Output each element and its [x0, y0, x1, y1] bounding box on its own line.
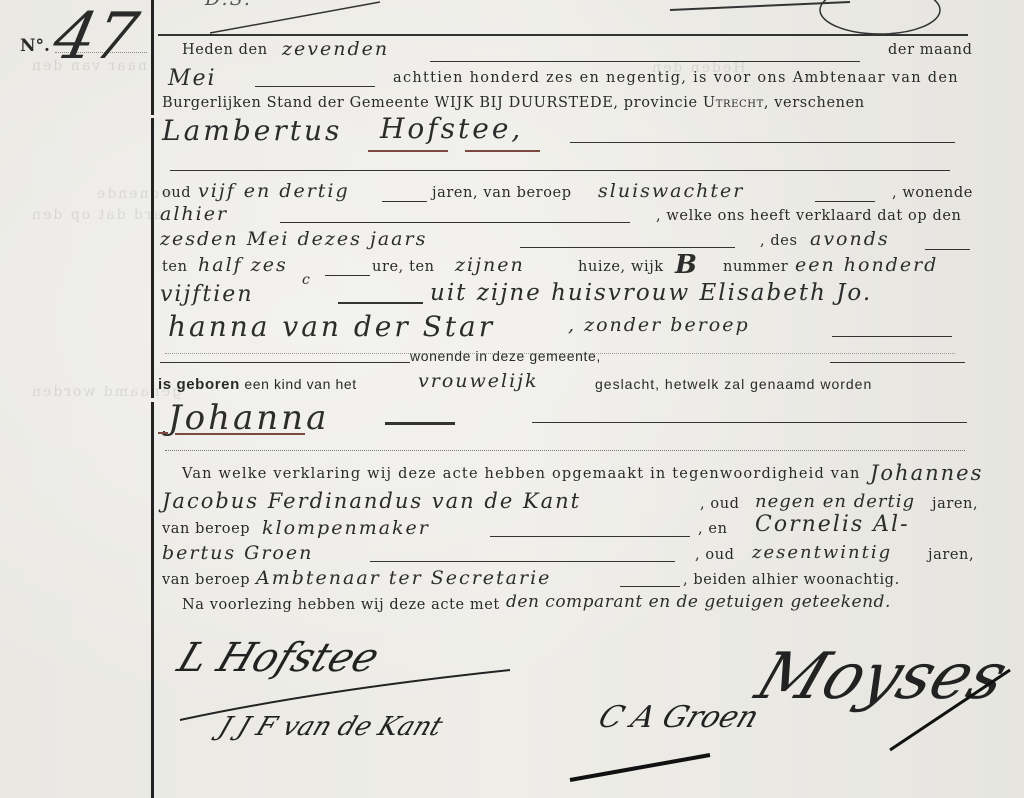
fill-rule [255, 86, 375, 87]
handwritten-day: zevenden [282, 38, 389, 60]
print-text: van beroep [162, 572, 250, 588]
print-text: Burgerlijken Stand der Gemeente WIJK BIJ… [162, 95, 865, 111]
handwritten-declarant-surname: Hofstee, [380, 112, 523, 145]
fill-rule [430, 61, 860, 62]
print-text: oud [162, 185, 191, 201]
fill-rule [532, 422, 967, 423]
fill-rule [280, 222, 630, 223]
handwritten-house-owner: zijnen [455, 254, 525, 276]
handwritten-witness2-occupation: Ambtenaar ter Secretarie [256, 567, 551, 589]
top-pen-strokes [200, 0, 1000, 36]
fill-rule [925, 249, 970, 250]
handwritten-birth-date: zesden Mei dezes jaars [160, 228, 427, 250]
print-text: achttien honderd zes en negentig, is voo… [393, 70, 959, 86]
print-text: geslacht, hetwelk zal genaamd worden [595, 376, 872, 392]
fill-rule [620, 586, 680, 587]
fill-rule [325, 275, 370, 276]
red-underline [465, 150, 540, 152]
handwritten-signing-clause: den comparant en de getuigen geteekend. [506, 592, 891, 612]
print-text: Van welke verklaring wij deze acte hebbe… [182, 466, 861, 482]
handwritten-occupation: sluiswachter [598, 180, 744, 202]
handwritten-time-of-day: avonds [810, 228, 890, 250]
fill-rule [490, 536, 690, 537]
print-text: , welke ons heeft verklaard dat op den [656, 208, 961, 224]
handwritten-hour: half zes [198, 254, 288, 276]
print-text-bold: is geboren [158, 376, 240, 393]
handwritten-residence: alhier [160, 203, 228, 225]
print-text: , oud [700, 496, 740, 512]
municipality-name: WIJK BIJ DUURSTEDE [435, 95, 614, 111]
fill-rule [382, 201, 427, 202]
fill-rule [370, 561, 675, 562]
red-underline [368, 150, 448, 152]
print-text: is geboren een kind van het [158, 376, 357, 393]
bleed-through-text: ard dat op den [30, 207, 162, 223]
print-text: van beroep [162, 521, 250, 537]
print-text: ten [162, 259, 188, 275]
handwritten-child-name: Johanna [168, 398, 329, 438]
print-text: ure, ten [372, 259, 435, 275]
handwritten-witness1-occupation: klompenmaker [262, 517, 430, 539]
print-text: Na voorlezing hebben wij deze acte met [182, 597, 500, 613]
handwritten-witness2-name: bertus Groen [162, 542, 313, 564]
handwritten-mother: uit zijne huisvrouw Elisabeth Jo. [430, 280, 872, 306]
print-text: jaren, van beroep [432, 185, 572, 201]
print-text: , beiden alhier woonachtig. [683, 572, 900, 588]
fill-rule [830, 362, 965, 363]
print-text: , provincie [613, 95, 697, 111]
print-text: , des [760, 233, 798, 249]
print-text: , oud [695, 547, 735, 563]
print-text: nummer [723, 259, 788, 275]
print-text: huize, wijk [578, 259, 664, 275]
handwritten-witness1-name: Jacobus Ferdinandus van de Kant [162, 489, 581, 513]
handwritten-mother-cont: hanna van der Star [168, 310, 495, 343]
signature-flourish [880, 660, 1020, 760]
print-text: , verschenen [764, 95, 865, 111]
handwritten-witness2-age: zesentwintig [752, 542, 892, 563]
handwritten-superscript: c [302, 272, 312, 288]
record-number: 47 [47, 0, 144, 74]
fill-rule [338, 302, 423, 304]
handwritten-witness1-age: negen en dertig [755, 491, 915, 512]
print-text: Burgerlijken Stand der Gemeente [162, 95, 429, 111]
dotted-rule [165, 450, 965, 451]
province-name: Utrecht [703, 95, 764, 111]
handwritten-month: Mei [168, 66, 217, 91]
signature-flourish [560, 750, 720, 790]
margin-rule [151, 0, 154, 115]
fill-rule [160, 362, 410, 363]
red-underline [158, 432, 168, 434]
handwritten-ward: B [675, 250, 699, 280]
record-number-label: N°. [20, 36, 50, 56]
fill-rule [832, 336, 952, 337]
fill-rule [570, 142, 955, 143]
print-text: wonende in deze gemeente, [410, 348, 601, 364]
print-text: , en [698, 521, 728, 537]
print-text: der maand [888, 42, 972, 58]
print-text: jaren, [932, 496, 978, 512]
handwritten-age: vijf en dertig [198, 180, 350, 202]
handwritten-house-number: een honderd [795, 254, 938, 276]
fill-rule [170, 170, 950, 171]
handwritten-mother-occupation: , zonder beroep [568, 314, 750, 336]
handwritten-witness1-first: Johannes [870, 461, 983, 485]
print-text: , wonende [892, 185, 973, 201]
handwritten-house-number-cont: vijftien [160, 282, 254, 307]
print-text: jaren, [928, 547, 974, 563]
print-text: een kind van het [244, 376, 356, 392]
red-underline [175, 433, 305, 435]
margin-rule [151, 118, 154, 398]
handwritten-sex: vrouwelijk [418, 370, 539, 392]
handwritten-declarant-first: Lambertus [162, 114, 342, 147]
fill-rule [815, 201, 875, 202]
fill-rule [385, 422, 455, 425]
print-text: Heden den [182, 42, 268, 58]
signature-witness1: J J F van de Kant [215, 712, 447, 742]
margin-rule [151, 402, 154, 798]
signature-witness2: C A Groen [594, 700, 764, 735]
handwritten-witness2-first: Cornelis Al- [755, 512, 910, 537]
fill-rule [520, 247, 735, 248]
